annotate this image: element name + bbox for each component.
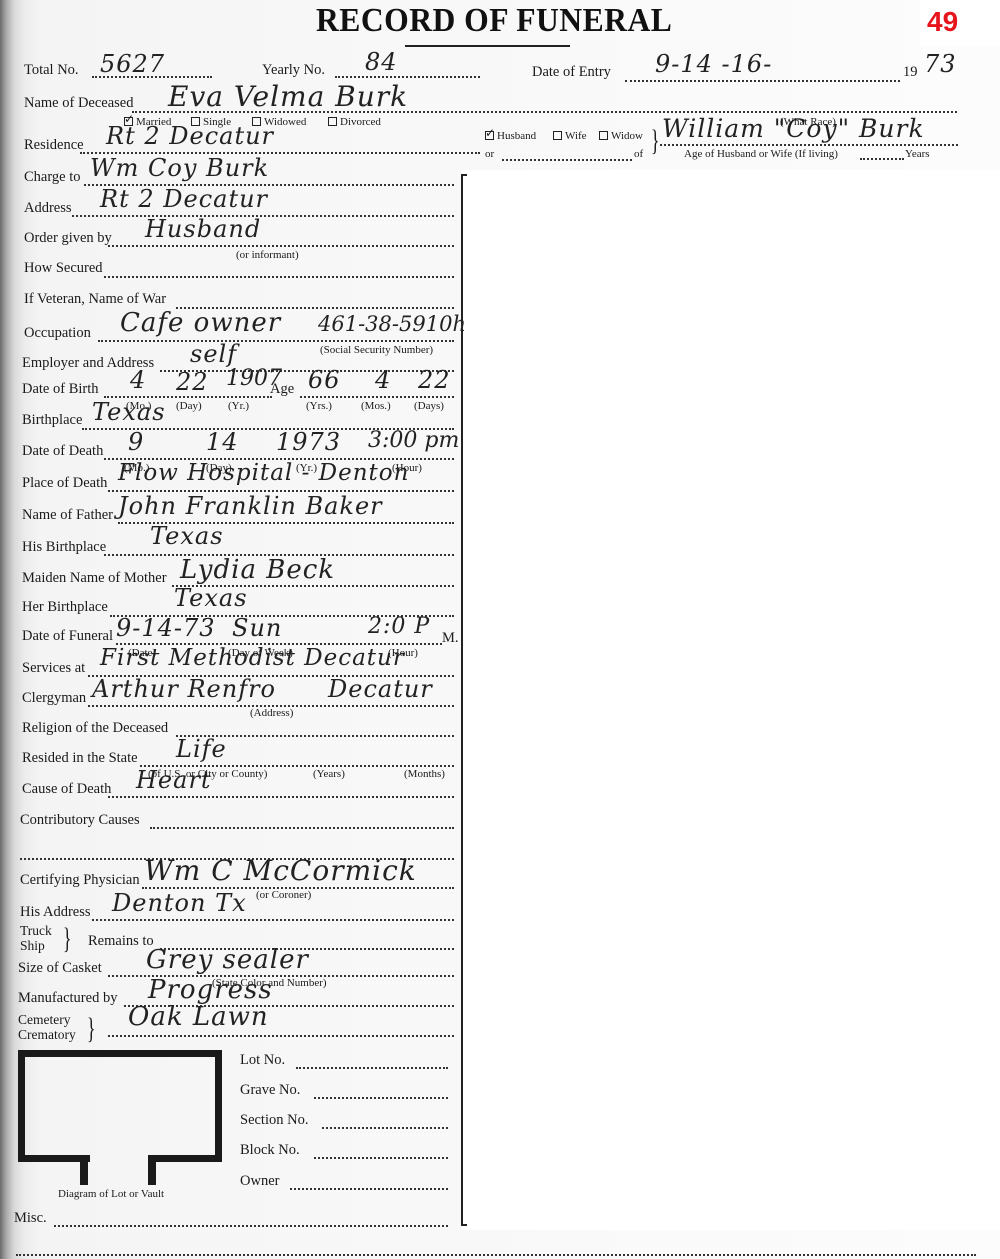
- resided-value: Life: [176, 735, 227, 763]
- her-birthplace-label: Her Birthplace: [22, 599, 108, 616]
- physician-label: Certifying Physician: [20, 872, 140, 889]
- funeral-record-page: RECORD OF FUNERAL 49 Total No. 5627 Year…: [0, 0, 1000, 1259]
- clergyman-address: Decatur: [328, 675, 433, 703]
- block-no-line: [314, 1157, 448, 1159]
- bottom-line: [16, 1254, 976, 1256]
- grave-no-label: Grave No.: [240, 1082, 300, 1099]
- age-line: [300, 396, 454, 398]
- veteran-label: If Veteran, Name of War: [24, 291, 166, 308]
- occupation-value: Cafe owner: [120, 308, 281, 338]
- spouse-age-years: Years: [905, 148, 930, 160]
- name-of-deceased-value: Eva Velma Burk: [168, 80, 408, 113]
- spouse-age-line: [860, 158, 904, 160]
- order-given-by-line: [108, 245, 454, 247]
- husband-label: Husband: [497, 130, 536, 142]
- spouse-name-line: [660, 144, 958, 146]
- year-prefix: 19: [903, 64, 918, 81]
- lot-no-line: [296, 1067, 448, 1069]
- her-birthplace-value: Texas: [174, 584, 248, 612]
- dod-year: 1973: [276, 428, 341, 456]
- dod-label: Date of Death: [22, 443, 103, 460]
- contributory-line: [150, 827, 454, 829]
- place-of-death-label: Place of Death: [22, 475, 107, 492]
- dod-hour: 3:00 pm: [368, 428, 459, 453]
- his-birthplace-value: Texas: [150, 522, 224, 550]
- religion-label: Religion of the Deceased: [22, 720, 168, 737]
- marital-divorced: Divorced: [328, 116, 381, 128]
- father-value: John Franklin Baker: [118, 492, 383, 520]
- father-label: Name of Father: [22, 507, 113, 524]
- wife-checkbox[interactable]: [553, 131, 562, 140]
- cap-yr: (Yr.): [228, 400, 249, 412]
- date-of-entry-line: [625, 80, 900, 82]
- divorced-label: Divorced: [340, 116, 381, 128]
- clergyman-label: Clergyman: [22, 690, 86, 707]
- wife-label: Wife: [565, 130, 587, 142]
- yearly-no-label: Yearly No.: [262, 62, 325, 79]
- order-given-by-label: Order given by: [24, 230, 112, 247]
- diagram-caption: Diagram of Lot or Vault: [58, 1188, 164, 1200]
- age-years: 66: [308, 366, 341, 394]
- casket-value: Grey sealer: [146, 945, 309, 975]
- spouse-of: of: [634, 148, 643, 160]
- birthplace-value: Texas: [92, 398, 166, 426]
- widow-checkbox[interactable]: [599, 131, 608, 140]
- lot-diagram-leg-left: [80, 1155, 88, 1185]
- physician-value: Wm C McCormick: [144, 854, 417, 887]
- lot-diagram-leg-right: [148, 1155, 156, 1185]
- ship-label: Ship: [20, 938, 45, 953]
- casket-label: Size of Casket: [18, 960, 102, 977]
- contributory-label: Contributory Causes: [20, 812, 140, 829]
- cap-yrs: (Yrs.): [306, 400, 332, 412]
- resided-label: Resided in the State: [22, 750, 138, 767]
- cap-years: (Years): [313, 768, 345, 780]
- section-no-line: [322, 1127, 448, 1129]
- misc-label: Misc.: [14, 1210, 47, 1227]
- cemetery-label: Cemetery: [18, 1012, 70, 1027]
- funeral-day: Sun: [232, 614, 282, 642]
- ssn-value: 461-38-5910h: [318, 312, 466, 336]
- his-address-label: His Address: [20, 904, 91, 921]
- race-caption: (What Race): [780, 116, 836, 128]
- age-days: 22: [418, 366, 451, 394]
- total-no-label: Total No.: [24, 62, 79, 79]
- title-underline: [405, 45, 570, 47]
- funeral-hour: 2:0 P: [368, 614, 430, 639]
- order-given-by-value: Husband: [145, 215, 261, 243]
- cap-months: (Months): [404, 768, 445, 780]
- address-value: Rt 2 Decatur: [100, 185, 268, 213]
- yearly-no-value: 84: [365, 48, 398, 76]
- owner-label: Owner: [240, 1173, 279, 1190]
- manufacturer-label: Manufactured by: [18, 990, 117, 1007]
- dod-day: 14: [206, 428, 239, 456]
- husband-checkbox[interactable]: [485, 131, 494, 140]
- lot-diagram-bottom-right: [148, 1155, 222, 1162]
- cap-days: (Days): [414, 400, 444, 412]
- cemetery-line: [108, 1035, 454, 1037]
- section-no-label: Section No.: [240, 1112, 308, 1129]
- spouse-or-line: [502, 159, 632, 161]
- funeral-label: Date of Funeral: [22, 628, 113, 645]
- lot-no-label: Lot No.: [240, 1052, 285, 1069]
- spouse-brace: }: [651, 126, 660, 156]
- how-secured-line: [104, 276, 454, 278]
- residence-label: Residence: [24, 137, 84, 154]
- cap-mos: (Mos.): [361, 400, 391, 412]
- bracket-bottom-tick: [461, 1224, 467, 1226]
- residence-value: Rt 2 Decatur: [106, 122, 274, 150]
- cap-coroner: (or Coroner): [256, 889, 311, 901]
- truck-ship-brace: }: [63, 924, 72, 954]
- spouse-widow: Widow: [599, 130, 643, 142]
- blank-right-panel: [462, 170, 1000, 1230]
- widow-label: Widow: [611, 130, 643, 142]
- misc-line: [54, 1225, 448, 1227]
- charge-to-value: Wm Coy Burk: [90, 154, 269, 182]
- clergyman-value: Arthur Renfro: [92, 675, 276, 703]
- cemetery-brace: }: [87, 1014, 96, 1044]
- name-of-deceased-label: Name of Deceased: [24, 95, 134, 112]
- address-label: Address: [24, 200, 72, 217]
- lot-diagram: [18, 1050, 222, 1162]
- page-number: 49: [927, 6, 958, 38]
- divorced-checkbox[interactable]: [328, 117, 337, 126]
- bracket-top-tick: [461, 174, 467, 176]
- birthplace-label: Birthplace: [22, 412, 82, 429]
- cause-line: [108, 796, 454, 798]
- cap-day: (Day): [176, 400, 202, 412]
- date-of-entry-value: 9-14 -16-: [655, 50, 772, 78]
- spouse-or: or: [485, 148, 494, 160]
- cemetery-crematory-label: CemeteryCrematory: [18, 1012, 76, 1042]
- his-address-line: [92, 919, 454, 921]
- dob-day: 22: [176, 368, 209, 396]
- truck-label: Truck: [20, 923, 52, 938]
- age-label: Age: [270, 381, 294, 398]
- page-title: RECORD OF FUNERAL: [316, 2, 672, 40]
- address-line: [72, 215, 454, 217]
- crematory-label: Crematory: [18, 1027, 76, 1042]
- how-secured-label: How Secured: [24, 260, 103, 277]
- spouse-husband: Husband: [485, 130, 536, 142]
- dob-label: Date of Birth: [22, 381, 99, 398]
- age-months: 4: [375, 366, 391, 394]
- occupation-line: [98, 340, 454, 342]
- his-birthplace-label: His Birthplace: [22, 539, 106, 556]
- employer-value: self: [190, 340, 237, 368]
- yearly-no-line: [335, 76, 480, 78]
- manufacturer-value: Progress: [148, 975, 273, 1005]
- charge-to-label: Charge to: [24, 169, 81, 186]
- his-address-value: Denton Tx: [112, 889, 247, 917]
- truck-ship-label: TruckShip: [20, 923, 52, 953]
- funeral-date: 9-14-73: [116, 614, 216, 642]
- cemetery-value: Oak Lawn: [128, 1002, 269, 1032]
- mother-value: Lydia Beck: [180, 555, 335, 585]
- services-label: Services at: [22, 660, 85, 677]
- dod-month: 9: [128, 428, 144, 456]
- place-of-death-value: Flow Hospital - Denton: [118, 460, 409, 486]
- cause-value: Heart: [136, 766, 212, 794]
- dob-month: 4: [130, 366, 146, 394]
- order-caption: (or informant): [236, 249, 299, 261]
- cause-label: Cause of Death: [22, 781, 111, 798]
- spouse-age-label: Age of Husband or Wife (If living): [684, 148, 838, 160]
- grave-no-line: [314, 1097, 448, 1099]
- ssn-caption: (Social Security Number): [320, 344, 433, 356]
- cap-address: (Address): [250, 707, 293, 719]
- year-value: 73: [924, 50, 957, 78]
- total-no-value: 5627: [100, 50, 165, 78]
- spouse-wife: Wife: [553, 130, 587, 142]
- remains-label: Remains to: [88, 933, 154, 950]
- date-of-entry-label: Date of Entry: [532, 64, 611, 81]
- services-value: First Methodist Decatur: [100, 645, 405, 671]
- owner-line: [290, 1188, 448, 1190]
- block-no-label: Block No.: [240, 1142, 300, 1159]
- mother-label: Maiden Name of Mother: [22, 570, 167, 587]
- funeral-m: M.: [442, 630, 459, 647]
- occupation-label: Occupation: [24, 325, 91, 342]
